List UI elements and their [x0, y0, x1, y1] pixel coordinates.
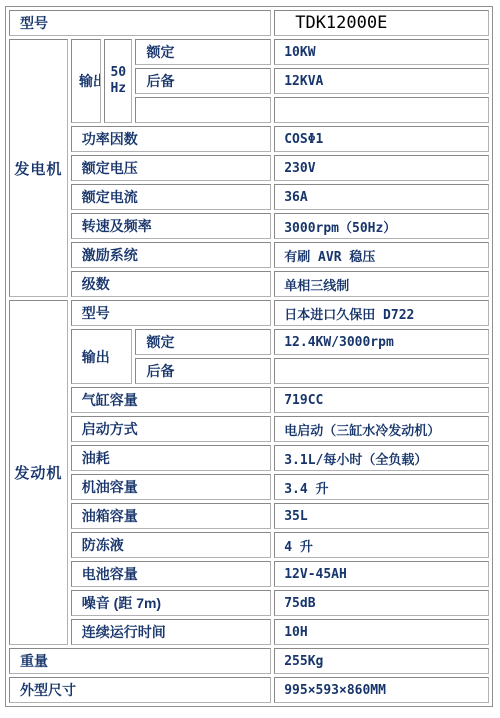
eng-noise-row: 噪音 (距 7m) 75dB [9, 590, 489, 616]
eng-runtime-label: 连续运行时间 [71, 619, 271, 645]
gen-frequency-unit: Hz [105, 81, 131, 97]
weight-row: 重量 255Kg [9, 648, 489, 674]
spec-sheet: 型号 TDK12000E 发电机 输出功率 50 Hz 额定 10KW 后备 1… [0, 0, 500, 713]
eng-fuel-consumption-value: 3.1L/每小时（全负载） [274, 445, 489, 471]
eng-standby-label: 后备 [135, 358, 271, 384]
eng-oil-capacity-value: 3.4 升 [274, 474, 489, 500]
dimensions-label: 外型尺寸 [9, 677, 271, 703]
eng-antifreeze-value: 4 升 [274, 532, 489, 558]
eng-standby-value [274, 358, 489, 384]
gen-excitation-row: 激励系统 有刷 AVR 稳压 [9, 242, 489, 268]
eng-displacement-row: 气缸容量 719CC [9, 387, 489, 413]
eng-fuel-consumption-row: 油耗 3.1L/每小时（全负载） [9, 445, 489, 471]
gen-standby-value: 12KVA [274, 68, 489, 94]
gen-excitation-value: 有刷 AVR 稳压 [274, 242, 489, 268]
gen-rated-voltage-value: 230V [274, 155, 489, 181]
gen-phase-row: 级数 单相三线制 [9, 271, 489, 297]
gen-rated-current-label: 额定电流 [71, 184, 271, 210]
eng-displacement-label: 气缸容量 [71, 387, 271, 413]
eng-runtime-value: 10H [274, 619, 489, 645]
eng-start-mode-row: 启动方式 电启动（三缸水冷发动机） [9, 416, 489, 442]
gen-frequency-label: 50 Hz [104, 39, 132, 123]
gen-speed-freq-row: 转速及频率 3000rpm（50Hz） [9, 213, 489, 239]
eng-start-mode-value: 电启动（三缸水冷发动机） [274, 416, 489, 442]
eng-antifreeze-row: 防冻液 4 升 [9, 532, 489, 558]
eng-model-value: 日本进口久保田 D722 [274, 300, 489, 326]
eng-battery-label: 电池容量 [71, 561, 271, 587]
eng-noise-label: 噪音 (距 7m) [71, 590, 271, 616]
model-value: TDK12000E [274, 10, 489, 36]
gen-output-power-label-text: 输出功率 [79, 70, 93, 92]
gen-power-factor-row: 功率因数 COSΦ1 [9, 126, 489, 152]
generator-spec-table: 型号 TDK12000E 发电机 输出功率 50 Hz 额定 10KW 后备 1… [5, 6, 493, 707]
gen-phase-label: 级数 [71, 271, 271, 297]
dimensions-value: 995×593×860MM [274, 677, 489, 703]
model-row: 型号 TDK12000E [9, 10, 489, 36]
generator-section-label: 发电机 [9, 39, 68, 297]
eng-tank-capacity-label: 油箱容量 [71, 503, 271, 529]
gen-frequency-value: 50 [105, 65, 131, 81]
gen-output-power-label: 输出功率 [71, 39, 101, 123]
gen-standby-label: 后备 [135, 68, 271, 94]
eng-noise-value: 75dB [274, 590, 489, 616]
eng-displacement-value: 719CC [274, 387, 489, 413]
eng-output-rated-row: 输出 额定 12.4KW/3000rpm [9, 329, 489, 355]
gen-rated-current-value: 36A [274, 184, 489, 210]
gen-rated-voltage-label: 额定电压 [71, 155, 271, 181]
eng-start-mode-label: 启动方式 [71, 416, 271, 442]
gen-speed-freq-value: 3000rpm（50Hz） [274, 213, 489, 239]
gen-excitation-label: 激励系统 [71, 242, 271, 268]
gen-power-factor-value: COSΦ1 [274, 126, 489, 152]
gen-rated-value: 10KW [274, 39, 489, 65]
engine-section-label: 发动机 [9, 300, 68, 645]
eng-oil-capacity-row: 机油容量 3.4 升 [9, 474, 489, 500]
gen-speed-freq-label: 转速及频率 [71, 213, 271, 239]
eng-runtime-row: 连续运行时间 10H [9, 619, 489, 645]
eng-tank-capacity-value: 35L [274, 503, 489, 529]
gen-rated-label: 额定 [135, 39, 271, 65]
eng-model-row: 发动机 型号 日本进口久保田 D722 [9, 300, 489, 326]
eng-antifreeze-label: 防冻液 [71, 532, 271, 558]
eng-rated-label: 额定 [135, 329, 271, 355]
eng-oil-capacity-label: 机油容量 [71, 474, 271, 500]
weight-label: 重量 [9, 648, 271, 674]
eng-battery-row: 电池容量 12V-45AH [9, 561, 489, 587]
eng-output-label: 输出 [71, 329, 133, 384]
dimensions-row: 外型尺寸 995×593×860MM [9, 677, 489, 703]
gen-output-rated-row: 发电机 输出功率 50 Hz 额定 10KW [9, 39, 489, 65]
gen-phase-value: 单相三线制 [274, 271, 489, 297]
gen-rated-current-row: 额定电流 36A [9, 184, 489, 210]
gen-empty-value [274, 97, 489, 123]
eng-rated-value: 12.4KW/3000rpm [274, 329, 489, 355]
eng-battery-value: 12V-45AH [274, 561, 489, 587]
weight-value: 255Kg [274, 648, 489, 674]
gen-power-factor-label: 功率因数 [71, 126, 271, 152]
eng-fuel-consumption-label: 油耗 [71, 445, 271, 471]
gen-empty-label [135, 97, 271, 123]
model-label: 型号 [9, 10, 271, 36]
eng-tank-capacity-row: 油箱容量 35L [9, 503, 489, 529]
eng-model-label: 型号 [71, 300, 271, 326]
gen-rated-voltage-row: 额定电压 230V [9, 155, 489, 181]
